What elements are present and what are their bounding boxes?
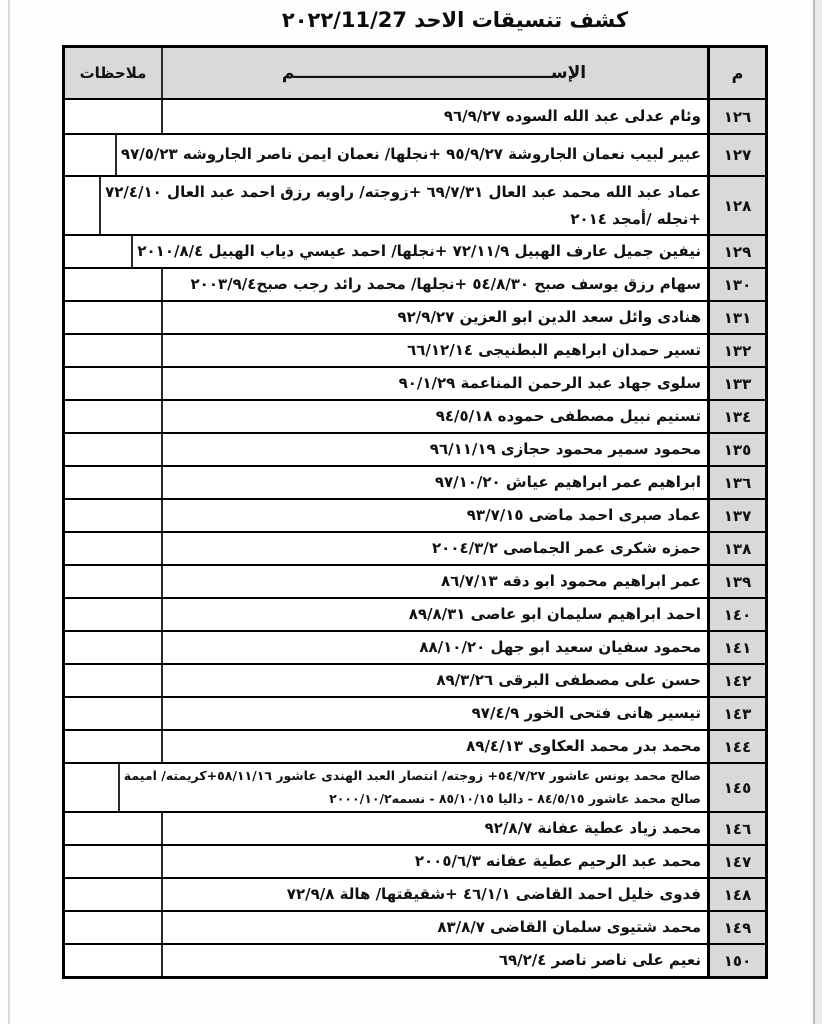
table-row: ١٢٦ وئام عدلى عبد الله السوده ٩٦/٩/٢٧: [65, 98, 765, 133]
notes-cell: [65, 879, 161, 910]
name-cell: محمد شتيوى سلمان القاضى ٨٣/٨/٧: [161, 912, 707, 943]
row-number: ١٣٤: [707, 401, 765, 432]
notes-cell: [65, 302, 161, 333]
notes-cell: [65, 100, 161, 133]
name-cell: محمود سفيان سعيد ابو جهل ٨٨/١٠/٢٠: [161, 632, 707, 663]
name-cell: محمد بدر محمد العكاوى ٨٩/٤/١٣: [161, 731, 707, 762]
row-number: ١٣٠: [707, 269, 765, 300]
table-row: ١٣٩ عمر ابراهيم محمود ابو دقه ٨٦/٧/١٣: [65, 564, 765, 597]
row-number: ١٤٤: [707, 731, 765, 762]
row-number: ١٣٨: [707, 533, 765, 564]
table-row: ١٤٨ فدوى خليل احمد القاضى ٤٦/١/١ +شقيقته…: [65, 877, 765, 910]
row-number: ١٢٦: [707, 100, 765, 133]
notes-cell: [65, 368, 161, 399]
name-cell: احمد ابراهيم سليمان ابو عاصى ٨٩/٨/٣١: [161, 599, 707, 630]
row-number: ١٣٩: [707, 566, 765, 597]
table-row: ١٤٤ محمد بدر محمد العكاوى ٨٩/٤/١٣: [65, 729, 765, 762]
notes-cell: [22, 764, 118, 811]
row-number: ١٤٦: [707, 813, 765, 844]
row-number: ١٢٧: [707, 135, 765, 175]
scan-edge-strip: [815, 0, 822, 1024]
table-row: ١٢٩ نيفين جميل عارف الهبيل ٧٢/١١/٩ +نجله…: [65, 234, 765, 267]
name-cell: فدوى خليل احمد القاضى ٤٦/١/١ +شقيقتها/ ه…: [161, 879, 707, 910]
row-number: ١٣١: [707, 302, 765, 333]
name-cell: نعيم على ناصر ناصر ٦٩/٢/٤: [161, 945, 707, 976]
title-date: ٢٠٢٢/11/27: [282, 8, 407, 32]
table-header-row: م الإســــــــــــــــــــــــــــــــــ…: [65, 48, 765, 98]
name-cell: تسير حمدان ابراهيم البطنيجى ٦٦/١٢/١٤: [161, 335, 707, 366]
table-row: ١٥٠ نعيم على ناصر ناصر ٦٩/٢/٤: [65, 943, 765, 976]
header-notes: ملاحظات: [65, 48, 161, 98]
table-row: ١٣٦ ابراهيم عمر ابراهيم عياش ٩٧/١٠/٢٠: [65, 465, 765, 498]
notes-cell: [65, 846, 161, 877]
notes-cell: [65, 731, 161, 762]
row-number: ١٤٧: [707, 846, 765, 877]
name-cell: تيسير هانى فتحى الخور ٩٧/٤/٩: [161, 698, 707, 729]
title-text: كشف تنسيقات الاحد: [414, 8, 628, 32]
notes-cell: [65, 698, 161, 729]
table-row: ١٤٧ محمد عبد الرحيم عطية عفانه ٢٠٠٥/٦/٣: [65, 844, 765, 877]
notes-cell: [65, 945, 161, 976]
table-row: ١٣٤ تسنيم نبيل مصطفى حموده ٩٤/٥/١٨: [65, 399, 765, 432]
table-row: ١٣٢ تسير حمدان ابراهيم البطنيجى ٦٦/١٢/١٤: [65, 333, 765, 366]
table-row: ١٤٢ حسن على مصطفى البرقى ٨٩/٣/٢٦: [65, 663, 765, 696]
name-cell: تسنيم نبيل مصطفى حموده ٩٤/٥/١٨: [161, 401, 707, 432]
row-number: ١٤٠: [707, 599, 765, 630]
name-cell: محمود سمير محمود حجازى ٩٦/١١/١٩: [161, 434, 707, 465]
table-row: ١٣٣ سلوى جهاد عبد الرحمن المناعمة ٩٠/١/٢…: [65, 366, 765, 399]
notes-cell: [65, 533, 161, 564]
scan-edge-left: [8, 0, 10, 1024]
name-cell: سهام رزق يوسف صبح ٥٤/٨/٣٠ +نجلها/ محمد ر…: [161, 269, 707, 300]
page-title: كشف تنسيقات الاحد ٢٠٢٢/11/27: [0, 8, 822, 32]
scan-edge-line: [813, 0, 815, 1024]
name-cell: حمزه شكرى عمر الجماصى ٢٠٠٤/٣/٢: [161, 533, 707, 564]
name-cell: عمر ابراهيم محمود ابو دقه ٨٦/٧/١٣: [161, 566, 707, 597]
row-number: ١٣٢: [707, 335, 765, 366]
row-number: ١٤٨: [707, 879, 765, 910]
table-row: ١٣٥ محمود سمير محمود حجازى ٩٦/١١/١٩: [65, 432, 765, 465]
row-number: ١٤٥: [707, 764, 765, 811]
header-name: الإســــــــــــــــــــــــــــــــــــ…: [161, 48, 707, 98]
notes-cell: [65, 335, 161, 366]
name-cell: عماد صبرى احمد ماضى ٩٣/٧/١٥: [161, 500, 707, 531]
table-row: ١٤٩ محمد شتيوى سلمان القاضى ٨٣/٨/٧: [65, 910, 765, 943]
row-number: ١٤٣: [707, 698, 765, 729]
notes-cell: [3, 177, 99, 234]
notes-cell: [65, 467, 161, 498]
name-cell: صالح محمد يونس عاشور ٥٤/٧/٢٧+ زوجته/ انت…: [118, 764, 707, 811]
table-row: ١٤٦ محمد زياد عطية عفانة ٩٢/٨/٧: [65, 811, 765, 844]
notes-cell: [65, 434, 161, 465]
row-number: ١٣٣: [707, 368, 765, 399]
table-row: ١٣٨ حمزه شكرى عمر الجماصى ٢٠٠٤/٣/٢: [65, 531, 765, 564]
notes-cell: [65, 665, 161, 696]
row-number: ١٢٩: [707, 236, 765, 267]
name-cell: عماد عبد الله محمد عبد العال ٦٩/٧/٣١ +زو…: [99, 177, 707, 234]
row-number: ١٥٠: [707, 945, 765, 976]
table-row: ١٣٠ سهام رزق يوسف صبح ٥٤/٨/٣٠ +نجلها/ مح…: [65, 267, 765, 300]
row-number: ١٤٩: [707, 912, 765, 943]
name-cell: حسن على مصطفى البرقى ٨٩/٣/٢٦: [161, 665, 707, 696]
name-cell: نيفين جميل عارف الهبيل ٧٢/١١/٩ +نجلها/ ا…: [131, 236, 707, 267]
notes-cell: [65, 500, 161, 531]
notes-cell: [65, 599, 161, 630]
row-number: ١٢٨: [707, 177, 765, 234]
table-row: ١٣٧ عماد صبرى احمد ماضى ٩٣/٧/١٥: [65, 498, 765, 531]
table-row: ١٤٥ صالح محمد يونس عاشور ٥٤/٧/٢٧+ زوجته/…: [65, 762, 765, 811]
name-cell: وئام عدلى عبد الله السوده ٩٦/٩/٢٧: [161, 100, 707, 133]
notes-cell: [65, 269, 161, 300]
notes-cell: [19, 135, 115, 175]
notes-cell: [65, 632, 161, 663]
row-number: ١٣٦: [707, 467, 765, 498]
name-cell: عبير لبيب نعمان الجاروشة ٩٥/٩/٢٧ +نجلها/…: [115, 135, 707, 175]
name-cell: ابراهيم عمر ابراهيم عياش ٩٧/١٠/٢٠: [161, 467, 707, 498]
notes-cell: [65, 401, 161, 432]
table-row: ١٤١ محمود سفيان سعيد ابو جهل ٨٨/١٠/٢٠: [65, 630, 765, 663]
name-cell: محمد عبد الرحيم عطية عفانه ٢٠٠٥/٦/٣: [161, 846, 707, 877]
notes-cell: [65, 566, 161, 597]
name-cell: سلوى جهاد عبد الرحمن المناعمة ٩٠/١/٢٩: [161, 368, 707, 399]
notes-cell: [35, 236, 131, 267]
table-row: ١٤٠ احمد ابراهيم سليمان ابو عاصى ٨٩/٨/٣١: [65, 597, 765, 630]
coordination-table: م الإســــــــــــــــــــــــــــــــــ…: [62, 45, 768, 979]
table-row: ١٢٨ عماد عبد الله محمد عبد العال ٦٩/٧/٣١…: [65, 175, 765, 234]
table-row: ١٢٧ عبير لبيب نعمان الجاروشة ٩٥/٩/٢٧ +نج…: [65, 133, 765, 175]
row-number: ١٤٢: [707, 665, 765, 696]
notes-cell: [65, 813, 161, 844]
header-number: م: [707, 48, 765, 98]
table-row: ١٤٣ تيسير هانى فتحى الخور ٩٧/٤/٩: [65, 696, 765, 729]
name-cell: محمد زياد عطية عفانة ٩٢/٨/٧: [161, 813, 707, 844]
row-number: ١٣٧: [707, 500, 765, 531]
name-cell: هنادى وائل سعد الدين ابو العزين ٩٢/٩/٢٧: [161, 302, 707, 333]
notes-cell: [65, 912, 161, 943]
row-number: ١٤١: [707, 632, 765, 663]
row-number: ١٣٥: [707, 434, 765, 465]
table-row: ١٣١ هنادى وائل سعد الدين ابو العزين ٩٢/٩…: [65, 300, 765, 333]
